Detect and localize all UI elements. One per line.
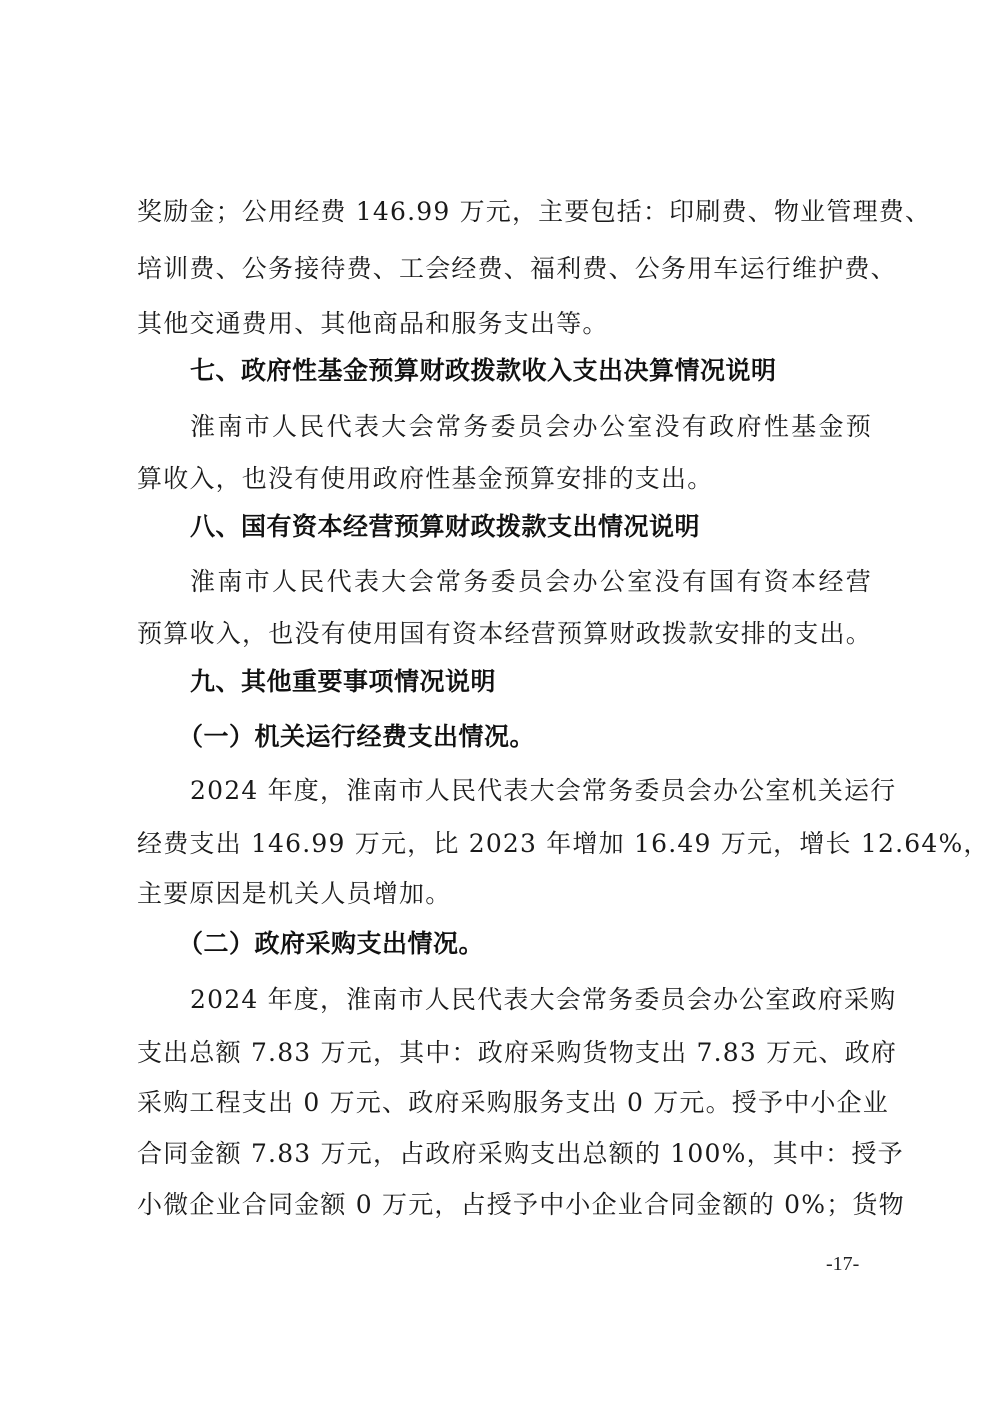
body-line: 采购工程支出 0 万元、政府采购服务支出 0 万元。授予中小企业 xyxy=(137,1088,872,1118)
body-line: 预算收入，也没有使用国有资本经营预算财政拨款安排的支出。 xyxy=(137,619,872,649)
body-line: 淮南市人民代表大会常务委员会办公室没有国有资本经营 xyxy=(190,567,872,597)
body-line: 2024 年度，淮南市人民代表大会常务委员会办公室政府采购 xyxy=(190,985,872,1015)
body-line: 合同金额 7.83 万元，占政府采购支出总额的 100%，其中：授予 xyxy=(137,1139,872,1169)
subsection-heading-2: （二）政府采购支出情况。 xyxy=(178,929,913,959)
body-line: 支出总额 7.83 万元，其中：政府采购货物支出 7.83 万元、政府 xyxy=(137,1038,872,1068)
body-line: 小微企业合同金额 0 万元，占授予中小企业合同金额的 0%；货物 xyxy=(137,1190,872,1220)
body-line: 其他交通费用、其他商品和服务支出等。 xyxy=(137,309,872,339)
document-page: 奖励金；公用经费 146.99 万元，主要包括：印刷费、物业管理费、 培训费、公… xyxy=(0,0,1000,1415)
body-line: 淮南市人民代表大会常务委员会办公室没有政府性基金预 xyxy=(190,412,872,442)
subsection-heading-1: （一）机关运行经费支出情况。 xyxy=(178,722,913,752)
body-line: 算收入，也没有使用政府性基金预算安排的支出。 xyxy=(137,464,872,494)
section-heading-9: 九、其他重要事项情况说明 xyxy=(190,667,872,697)
body-line: 2024 年度，淮南市人民代表大会常务委员会办公室机关运行 xyxy=(190,776,872,806)
body-line: 奖励金；公用经费 146.99 万元，主要包括：印刷费、物业管理费、 xyxy=(137,197,872,227)
page-number: -17- xyxy=(826,1252,859,1276)
body-line: 经费支出 146.99 万元，比 2023 年增加 16.49 万元，增长 12… xyxy=(137,829,872,859)
body-line: 培训费、公务接待费、工会经费、福利费、公务用车运行维护费、 xyxy=(137,254,872,284)
section-heading-7: 七、政府性基金预算财政拨款收入支出决算情况说明 xyxy=(190,356,872,386)
section-heading-8: 八、国有资本经营预算财政拨款支出情况说明 xyxy=(190,512,872,542)
body-line: 主要原因是机关人员增加。 xyxy=(137,879,872,909)
